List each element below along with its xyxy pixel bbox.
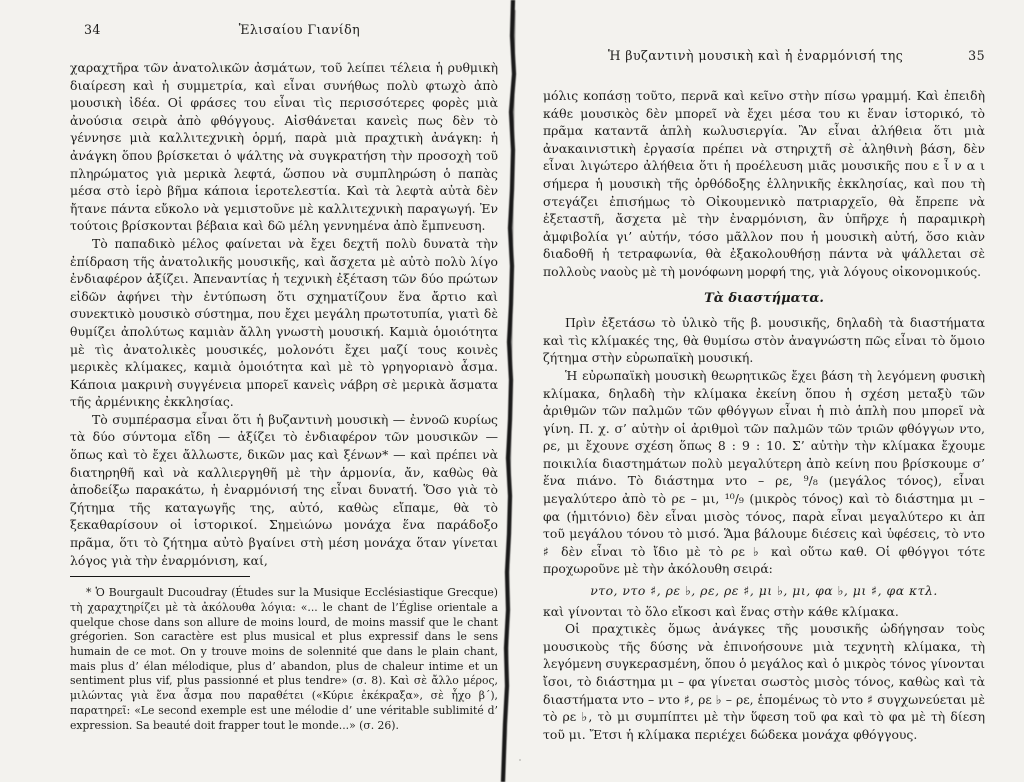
paragraph: Πρὶν ἐξετάσω τὸ ὑλικὸ τῆς β. μουσικῆς, δ… <box>543 314 985 367</box>
paragraph: Οἱ πραχτικὲς ὅμως ἀνάγκες τῆς μουσικῆς ὡ… <box>543 620 985 743</box>
paragraph: Τὸ συμπέρασμα εἶναι ὅτι ἡ βυζαντινὴ μουσ… <box>70 411 498 569</box>
right-page: Ἡ βυζαντινὴ μουσικὴ καὶ ἡ ἐναρμόνισή της… <box>543 48 985 743</box>
paragraph: μόλις κοπάσῃ τοῦτο, περνᾶ καὶ κεῖνο στὴν… <box>543 87 985 281</box>
paragraph: Τὸ παπαδικὸ μέλος φαίνεται νὰ ἔχει δεχτῆ… <box>70 235 498 411</box>
running-header: Ἐλισαίου Γιανίδη <box>101 22 498 37</box>
scanned-book-spread: { "ink_color": "#1e1d1b", "paper_color":… <box>0 0 1024 782</box>
running-header: Ἡ βυζαντινὴ μουσικὴ καὶ ἡ ἐναρμόνισή της <box>543 48 968 63</box>
footnote-rule <box>70 576 250 577</box>
paragraph: Ἡ εὐρωπαϊκὴ μουσικὴ θεωρητικῶς ἔχει βάση… <box>543 367 985 578</box>
right-page-header: Ἡ βυζαντινὴ μουσικὴ καὶ ἡ ἐναρμόνισή της… <box>543 48 985 63</box>
paragraph: χαραχτῆρα τῶν ἀνατολικῶν ἀσμάτων, τοῦ λε… <box>70 59 498 235</box>
left-page: 34 Ἐλισαίου Γιανίδη χαραχτῆρα τῶν ἀνατολ… <box>70 22 498 733</box>
right-page-body: μόλις κοπάσῃ τοῦτο, περνᾶ καὶ κεῖνο στὴν… <box>543 87 985 743</box>
left-page-header: 34 Ἐλισαίου Γιανίδη <box>84 22 498 37</box>
left-page-body: χαραχτῆρα τῶν ἀνατολικῶν ἀσμάτων, τοῦ λε… <box>70 59 498 569</box>
paragraph: καὶ γίνονται τὸ ὅλο εἴκοσι καὶ ἕνας στὴν… <box>543 603 985 621</box>
page-number: 35 <box>968 48 985 63</box>
note-sequence-line: ντο, ντο ♯, ρε ♭, ρε, ρε ♯, μι ♭, μι, φα… <box>543 582 985 600</box>
page-number: 34 <box>84 22 101 37</box>
section-heading: Τὰ διαστήματα. <box>543 290 985 308</box>
footnote: * Ὁ Bourgault Ducoudray (Études sur la M… <box>70 586 498 733</box>
